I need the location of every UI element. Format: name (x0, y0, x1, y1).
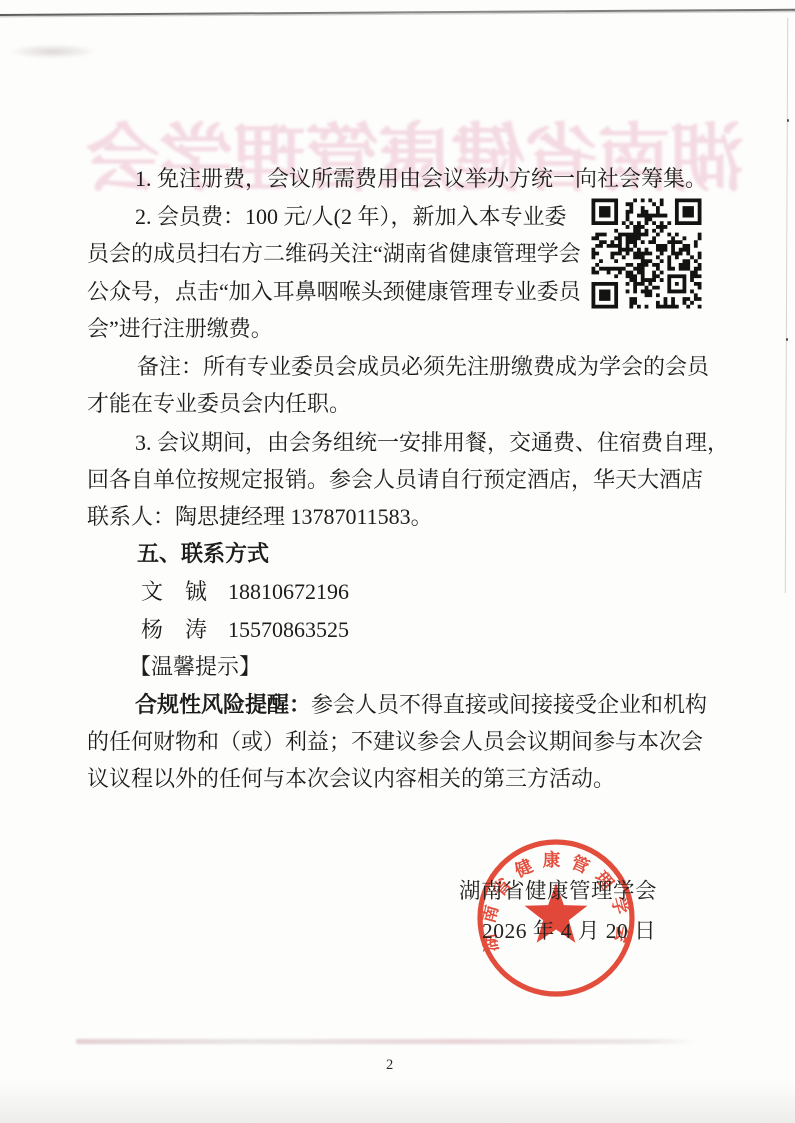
text-line: 2. 会员费：100 元/人(2 年），新加入本专业委 (135, 206, 566, 228)
compliance-lead: 合规性风险提醒： (135, 692, 311, 717)
text-line: 1. 免注册费，会议所需费用由会议举办方统一向社会筹集。 (135, 168, 707, 190)
text-line: 的任何财物和（或）利益；不建议参会人员会议期间参与本次会 (87, 731, 703, 753)
scan-blotch (8, 44, 98, 59)
qr-code (589, 196, 704, 311)
contact-phone: 15570863525 (228, 619, 349, 641)
section-heading: 五、联系方式 (137, 543, 269, 565)
signature-org: 湖南省健康管理学会 (459, 881, 657, 903)
scan-speck (786, 338, 788, 341)
text-line: 联系人：陶思捷经理 13787011583。 (87, 506, 433, 528)
contact-name: 杨 涛 (141, 619, 207, 641)
text-line: 才能在专业委员会内任职。 (87, 393, 351, 415)
text-line: 回各自单位按规定报销。参会人员请自行预定酒店，华天大酒店 (87, 469, 703, 491)
document-page: 湖南省健康管理学会 1. 免注册费，会议所需费用由会议举办方统一向社会筹集。 2… (0, 0, 795, 1123)
text-line: 员会的成员扫右方二维码关注“湖南省健康管理学会 (87, 243, 581, 265)
text-line: 3. 会议期间，由会务组统一安排用餐，交通费、住宿费自理， (135, 432, 729, 454)
tip-title: 【温馨提示】 (129, 656, 261, 678)
contact-phone: 18810672196 (228, 581, 349, 603)
scan-smudge (76, 1039, 696, 1044)
text-line: 合规性风险提醒：参会人员不得直接或间接接受企业和机构 (135, 694, 707, 716)
page-number: 2 (386, 1057, 393, 1074)
contact-row: 文 铖18810672196 (141, 581, 349, 603)
signature-date: 2026 年 4 月 20 日 (482, 921, 656, 943)
scan-artifact-right-line (785, 18, 789, 593)
scan-artifact-top-line (0, 9, 795, 17)
scan-bottom-shadow (0, 1081, 795, 1123)
text-line: 备注：所有专业委员会成员必须先注册缴费成为学会的会员 (137, 356, 709, 378)
text-line: 公众号，点击“加入耳鼻咽喉头颈健康管理专业委员 (87, 281, 581, 303)
text-line: 议议程以外的任何与本次会议内容相关的第三方活动。 (87, 768, 615, 790)
contact-row: 杨 涛15570863525 (141, 619, 349, 641)
compliance-text: 参会人员不得直接或间接接受企业和机构 (311, 692, 707, 717)
qr-modules (592, 199, 702, 309)
scan-speck (787, 119, 789, 122)
text-line: 会”进行注册缴费。 (87, 318, 273, 340)
official-seal: 湖南省健康管理学会 (456, 818, 656, 1018)
contact-name: 文 铖 (141, 581, 207, 603)
